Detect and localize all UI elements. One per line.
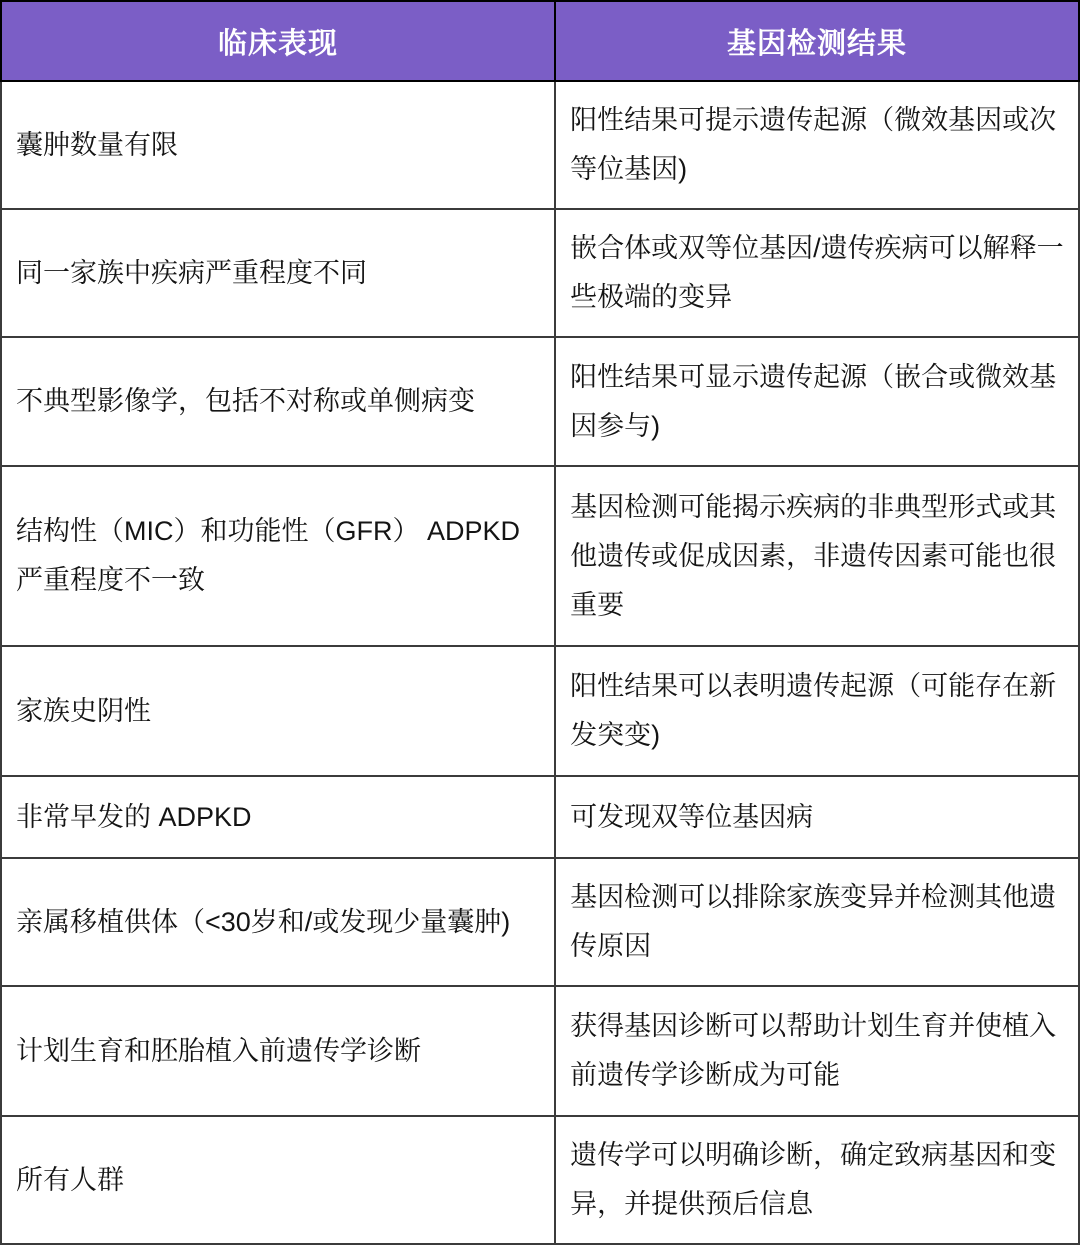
cell-genetic-result: 可发现双等位基因病 xyxy=(555,776,1079,858)
table-row: 囊肿数量有限 阳性结果可提示遗传起源（微效基因或次等位基因) xyxy=(1,81,1079,209)
cell-clinical: 不典型影像学，包括不对称或单侧病变 xyxy=(1,337,555,466)
table-row: 家族史阴性 阳性结果可以表明遗传起源（可能存在新发突变) xyxy=(1,646,1079,776)
table-row: 亲属移植供体（<30岁和/或发现少量囊肿) 基因检测可以排除家族变异并检测其他遗… xyxy=(1,858,1079,986)
table-row: 非常早发的 ADPKD 可发现双等位基因病 xyxy=(1,776,1079,858)
cell-clinical: 家族史阴性 xyxy=(1,646,555,776)
table-row: 所有人群 遗传学可以明确诊断，确定致病基因和变异，并提供预后信息 xyxy=(1,1116,1079,1244)
cell-genetic-result: 阳性结果可提示遗传起源（微效基因或次等位基因) xyxy=(555,81,1079,209)
header-clinical-manifestation: 临床表现 xyxy=(1,1,555,81)
cell-clinical: 计划生育和胚胎植入前遗传学诊断 xyxy=(1,986,555,1116)
cell-genetic-result: 遗传学可以明确诊断，确定致病基因和变异，并提供预后信息 xyxy=(555,1116,1079,1244)
table-row: 计划生育和胚胎植入前遗传学诊断 获得基因诊断可以帮助计划生育并使植入前遗传学诊断… xyxy=(1,986,1079,1116)
cell-genetic-result: 基因检测可以排除家族变异并检测其他遗传原因 xyxy=(555,858,1079,986)
cell-clinical: 同一家族中疾病严重程度不同 xyxy=(1,209,555,337)
table-row: 同一家族中疾病严重程度不同 嵌合体或双等位基因/遗传疾病可以解释一些极端的变异 xyxy=(1,209,1079,337)
cell-clinical: 所有人群 xyxy=(1,1116,555,1244)
cell-genetic-result: 阳性结果可以表明遗传起源（可能存在新发突变) xyxy=(555,646,1079,776)
cell-clinical: 非常早发的 ADPKD xyxy=(1,776,555,858)
header-row: 临床表现 基因检测结果 xyxy=(1,1,1079,81)
table-row: 结构性（MIC）和功能性（GFR） ADPKD 严重程度不一致 基因检测可能揭示… xyxy=(1,466,1079,646)
table-row: 不典型影像学，包括不对称或单侧病变 阳性结果可显示遗传起源（嵌合或微效基因参与) xyxy=(1,337,1079,466)
cell-clinical: 结构性（MIC）和功能性（GFR） ADPKD 严重程度不一致 xyxy=(1,466,555,646)
cell-genetic-result: 嵌合体或双等位基因/遗传疾病可以解释一些极端的变异 xyxy=(555,209,1079,337)
cell-clinical: 囊肿数量有限 xyxy=(1,81,555,209)
cell-genetic-result: 获得基因诊断可以帮助计划生育并使植入前遗传学诊断成为可能 xyxy=(555,986,1079,1116)
clinical-genetic-testing-table: 临床表现 基因检测结果 囊肿数量有限 阳性结果可提示遗传起源（微效基因或次等位基… xyxy=(0,0,1080,1245)
table-header: 临床表现 基因检测结果 xyxy=(1,1,1079,81)
header-genetic-test-result: 基因检测结果 xyxy=(555,1,1079,81)
cell-genetic-result: 基因检测可能揭示疾病的非典型形式或其他遗传或促成因素，非遗传因素可能也很重要 xyxy=(555,466,1079,646)
table-body: 囊肿数量有限 阳性结果可提示遗传起源（微效基因或次等位基因) 同一家族中疾病严重… xyxy=(1,81,1079,1244)
cell-clinical: 亲属移植供体（<30岁和/或发现少量囊肿) xyxy=(1,858,555,986)
cell-genetic-result: 阳性结果可显示遗传起源（嵌合或微效基因参与) xyxy=(555,337,1079,466)
